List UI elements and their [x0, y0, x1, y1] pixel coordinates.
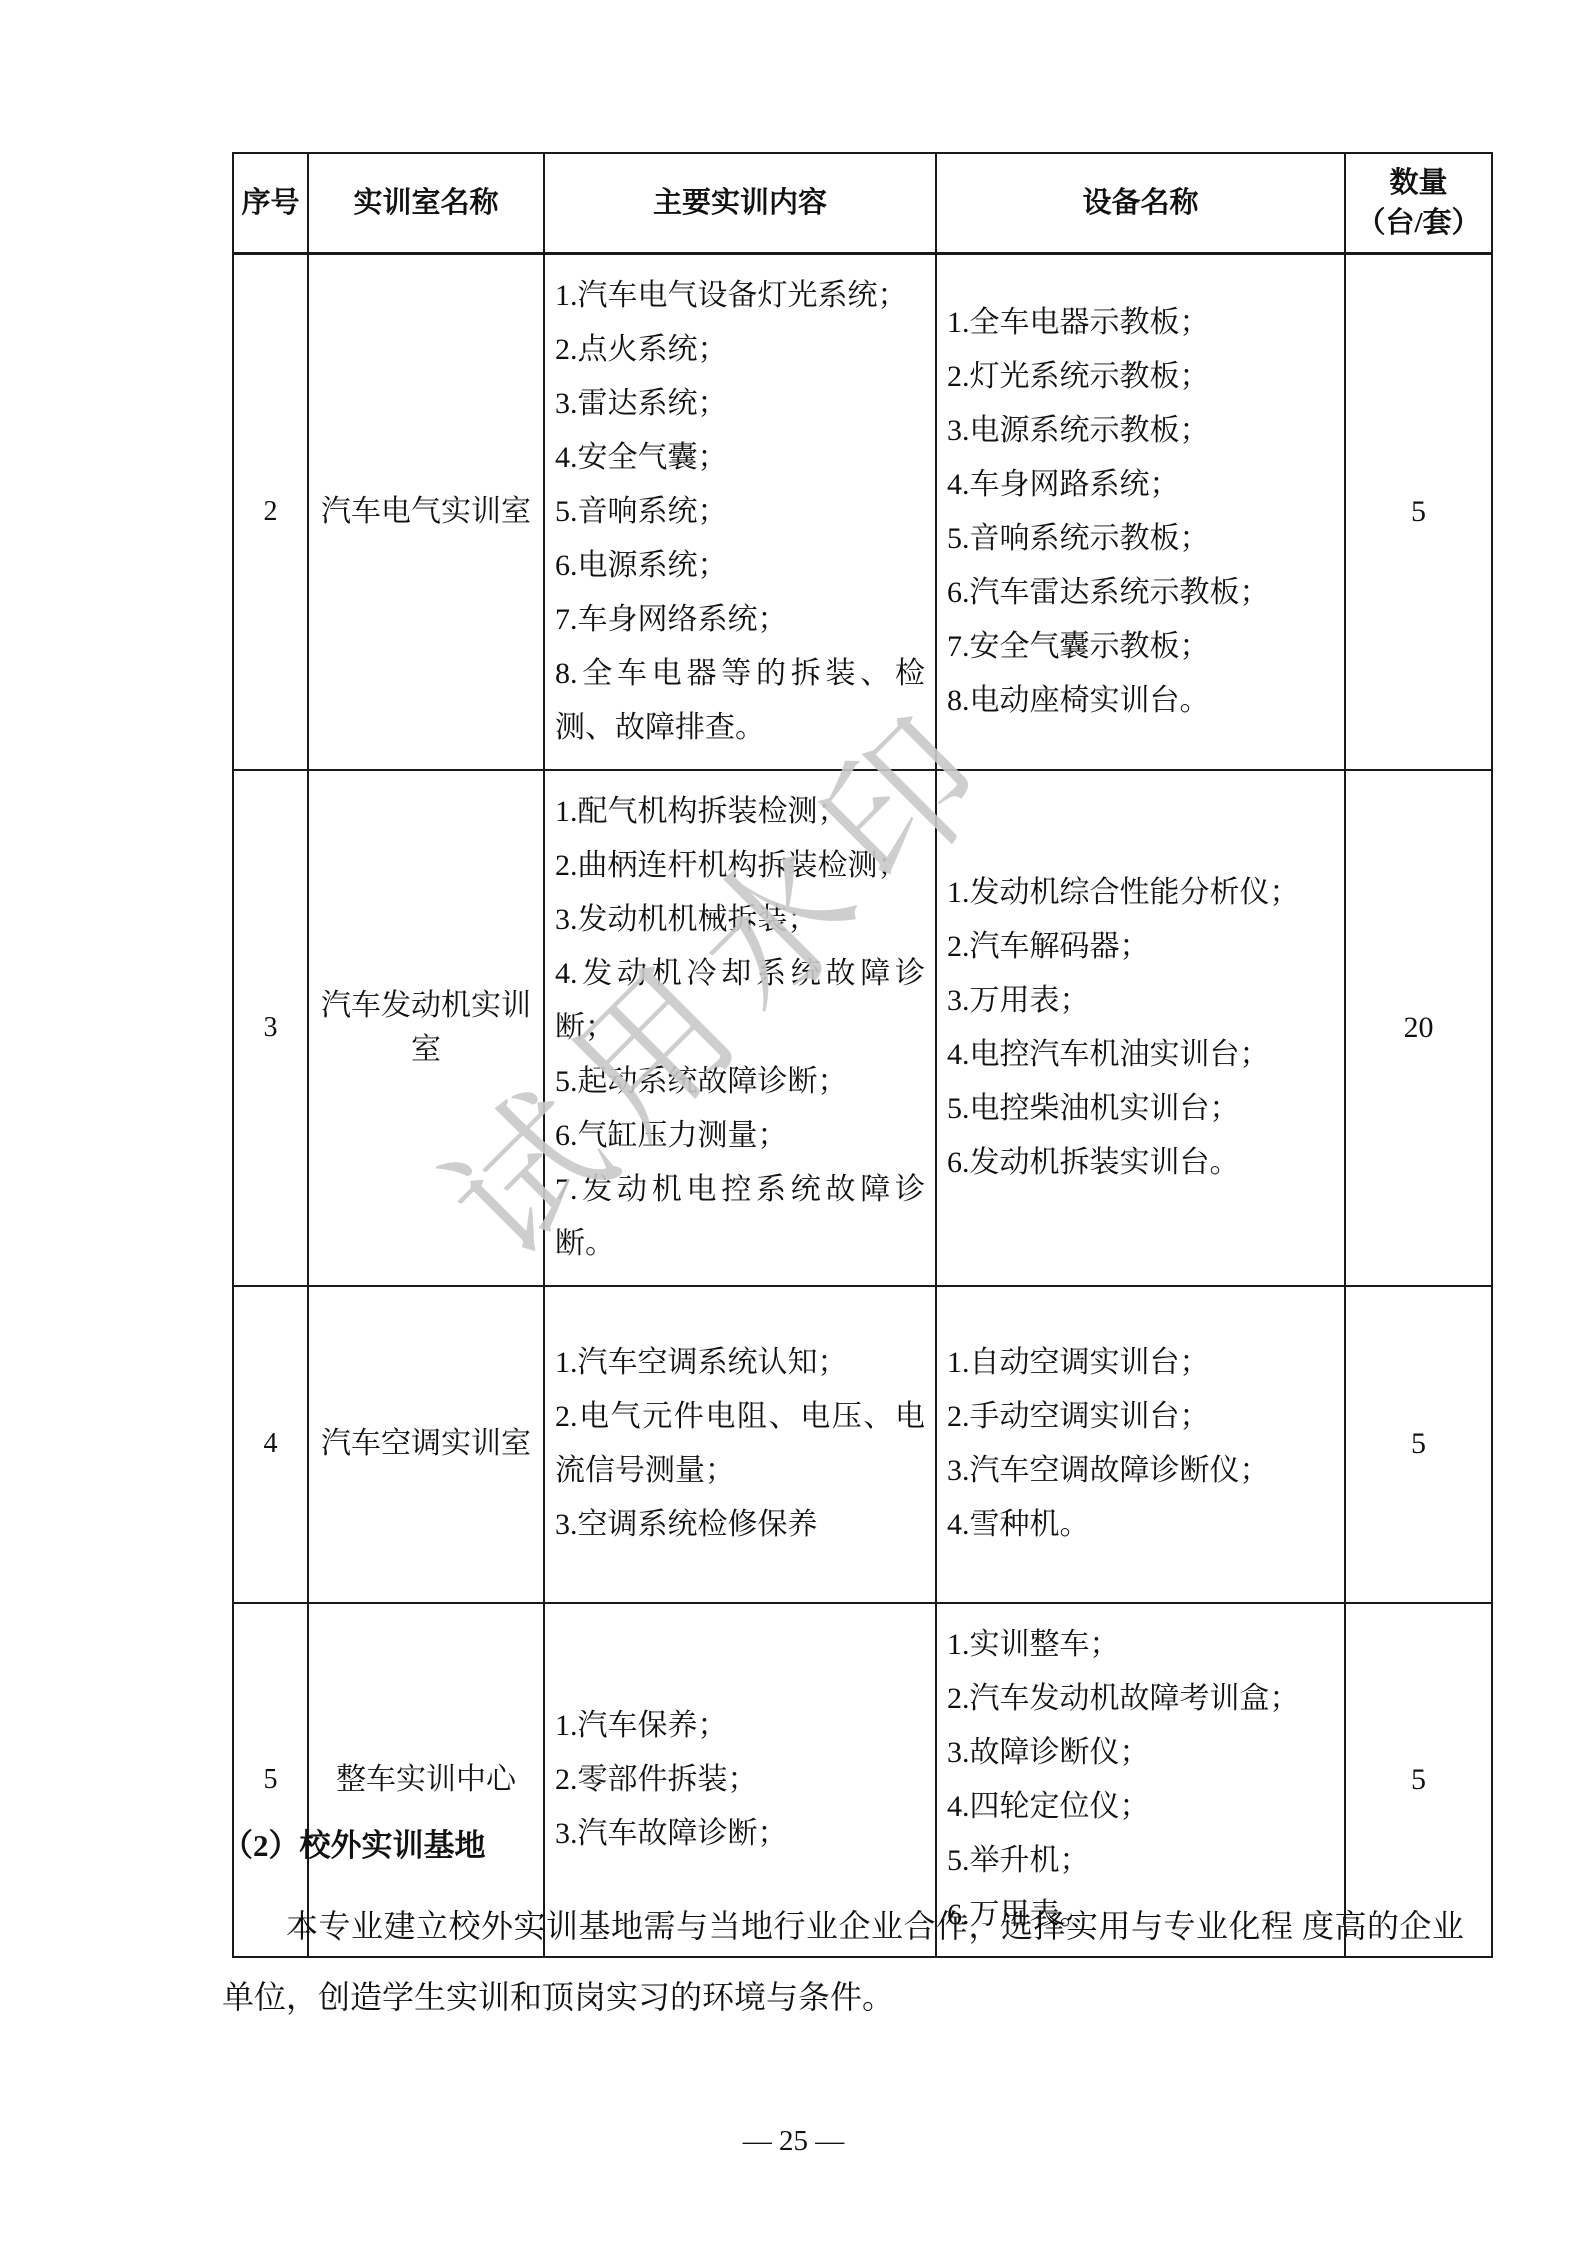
equipment-item: 6.发动机拆装实训台。: [947, 1136, 1334, 1190]
equipment-list: 1.发动机综合性能分析仪；2.汽车解码器；3.万用表；4.电控汽车机油实训台；5…: [936, 770, 1345, 1286]
content-item: 6.气缸压力测量；: [555, 1109, 925, 1163]
content-item: 4.发动机冷却系统故障诊断；: [555, 947, 925, 1055]
equipment-item: 4.车身网路系统；: [947, 458, 1334, 512]
content-item: 2.曲柄连杆机构拆装检测；: [555, 839, 925, 893]
table-row: 4 汽车空调实训室 1.汽车空调系统认知；2.电气元件电阻、电压、电流信号测量；…: [233, 1286, 1492, 1603]
content-list: 1.汽车电气设备灯光系统；2.点火系统；3.雷达系统；4.安全气囊；5.音响系统…: [544, 253, 936, 770]
equipment-item: 7.安全气囊示教板；: [947, 620, 1334, 674]
table-header-row: 序号实训室名称主要实训内容设备名称数量 （台/套）: [233, 153, 1492, 253]
content-item: 2.电气元件电阻、电压、电流信号测量；: [555, 1390, 925, 1498]
training-rooms-table: 序号实训室名称主要实训内容设备名称数量 （台/套） 2 汽车电气实训室 1.汽车…: [232, 152, 1493, 1958]
equipment-item: 3.汽车空调故障诊断仪；: [947, 1444, 1334, 1498]
table-body: 2 汽车电气实训室 1.汽车电气设备灯光系统；2.点火系统；3.雷达系统；4.安…: [233, 253, 1492, 1957]
column-header: 数量 （台/套）: [1345, 153, 1492, 253]
content-item: 5.起动系统故障诊断；: [555, 1055, 925, 1109]
content-item: 2.点火系统；: [555, 323, 925, 377]
content-item: 1.配气机构拆装检测；: [555, 785, 925, 839]
content-item: 1.汽车保养；: [555, 1699, 925, 1753]
equipment-item: 4.电控汽车机油实训台；: [947, 1028, 1334, 1082]
equipment-item: 3.故障诊断仪；: [947, 1726, 1334, 1780]
equipment-item: 4.雪种机。: [947, 1498, 1334, 1552]
row-index: 3: [233, 770, 308, 1286]
page: { "watermark": { "text": "试用水印", "color"…: [0, 0, 1587, 2245]
table-row: 2 汽车电气实训室 1.汽车电气设备灯光系统；2.点火系统；3.雷达系统；4.安…: [233, 253, 1492, 770]
table-row: 3 汽车发动机实训室 1.配气机构拆装检测；2.曲柄连杆机构拆装检测；3.发动机…: [233, 770, 1492, 1286]
equipment-item: 1.发动机综合性能分析仪；: [947, 866, 1334, 920]
content-item: 3.发动机机械拆装；: [555, 893, 925, 947]
content-item: 7.发动机电控系统故障诊断。: [555, 1163, 925, 1271]
content-item: 6.电源系统；: [555, 539, 925, 593]
content-item: 8.全车电器等的拆装、检测、故障排查。: [555, 647, 925, 755]
equipment-item: 2.灯光系统示教板；: [947, 350, 1334, 404]
room-name: 汽车空调实训室: [308, 1286, 544, 1603]
off-campus-section: （2）校外实训基地 本专业建立校外实训基地需与当地行业企业合作，选择实用与专业化…: [222, 1820, 1464, 2033]
content-item: 1.汽车电气设备灯光系统；: [555, 269, 925, 323]
column-header: 设备名称: [936, 153, 1345, 253]
row-index: 2: [233, 253, 308, 770]
quantity: 20: [1345, 770, 1492, 1286]
column-header: 实训室名称: [308, 153, 544, 253]
equipment-item: 2.汽车解码器；: [947, 920, 1334, 974]
column-header: 主要实训内容: [544, 153, 936, 253]
equipment-list: 1.全车电器示教板；2.灯光系统示教板；3.电源系统示教板；4.车身网路系统；5…: [936, 253, 1345, 770]
section-paragraph: 本专业建立校外实训基地需与当地行业企业合作，选择实用与专业化程 度高的企业单位，…: [222, 1891, 1464, 2033]
equipment-item: 1.实训整车；: [947, 1618, 1334, 1672]
quantity: 5: [1345, 1286, 1492, 1603]
room-name: 汽车发动机实训室: [308, 770, 544, 1286]
content-list: 1.配气机构拆装检测；2.曲柄连杆机构拆装检测；3.发动机机械拆装；4.发动机冷…: [544, 770, 936, 1286]
equipment-item: 1.自动空调实训台；: [947, 1336, 1334, 1390]
room-name: 汽车电气实训室: [308, 253, 544, 770]
equipment-item: 2.汽车发动机故障考训盒；: [947, 1672, 1334, 1726]
quantity: 5: [1345, 253, 1492, 770]
content-list: 1.汽车空调系统认知；2.电气元件电阻、电压、电流信号测量；3.空调系统检修保养: [544, 1286, 936, 1603]
equipment-list: 1.自动空调实训台；2.手动空调实训台；3.汽车空调故障诊断仪；4.雪种机。: [936, 1286, 1345, 1603]
equipment-item: 3.电源系统示教板；: [947, 404, 1334, 458]
equipment-item: 5.电控柴油机实训台；: [947, 1082, 1334, 1136]
row-index: 4: [233, 1286, 308, 1603]
content-item: 3.空调系统检修保养: [555, 1498, 925, 1552]
equipment-item: 6.汽车雷达系统示教板；: [947, 566, 1334, 620]
column-header: 序号: [233, 153, 308, 253]
equipment-item: 8.电动座椅实训台。: [947, 674, 1334, 728]
equipment-item: 2.手动空调实训台；: [947, 1390, 1334, 1444]
page-number: — 25 —: [0, 2125, 1587, 2158]
equipment-item: 1.全车电器示教板；: [947, 296, 1334, 350]
content-item: 2.零部件拆装；: [555, 1753, 925, 1807]
content-item: 3.雷达系统；: [555, 377, 925, 431]
content-item: 7.车身网络系统；: [555, 593, 925, 647]
content-item: 4.安全气囊；: [555, 431, 925, 485]
section-heading: （2）校外实训基地: [222, 1820, 1464, 1865]
content-item: 1.汽车空调系统认知；: [555, 1336, 925, 1390]
equipment-item: 3.万用表；: [947, 974, 1334, 1028]
equipment-item: 5.音响系统示教板；: [947, 512, 1334, 566]
content-item: 5.音响系统；: [555, 485, 925, 539]
